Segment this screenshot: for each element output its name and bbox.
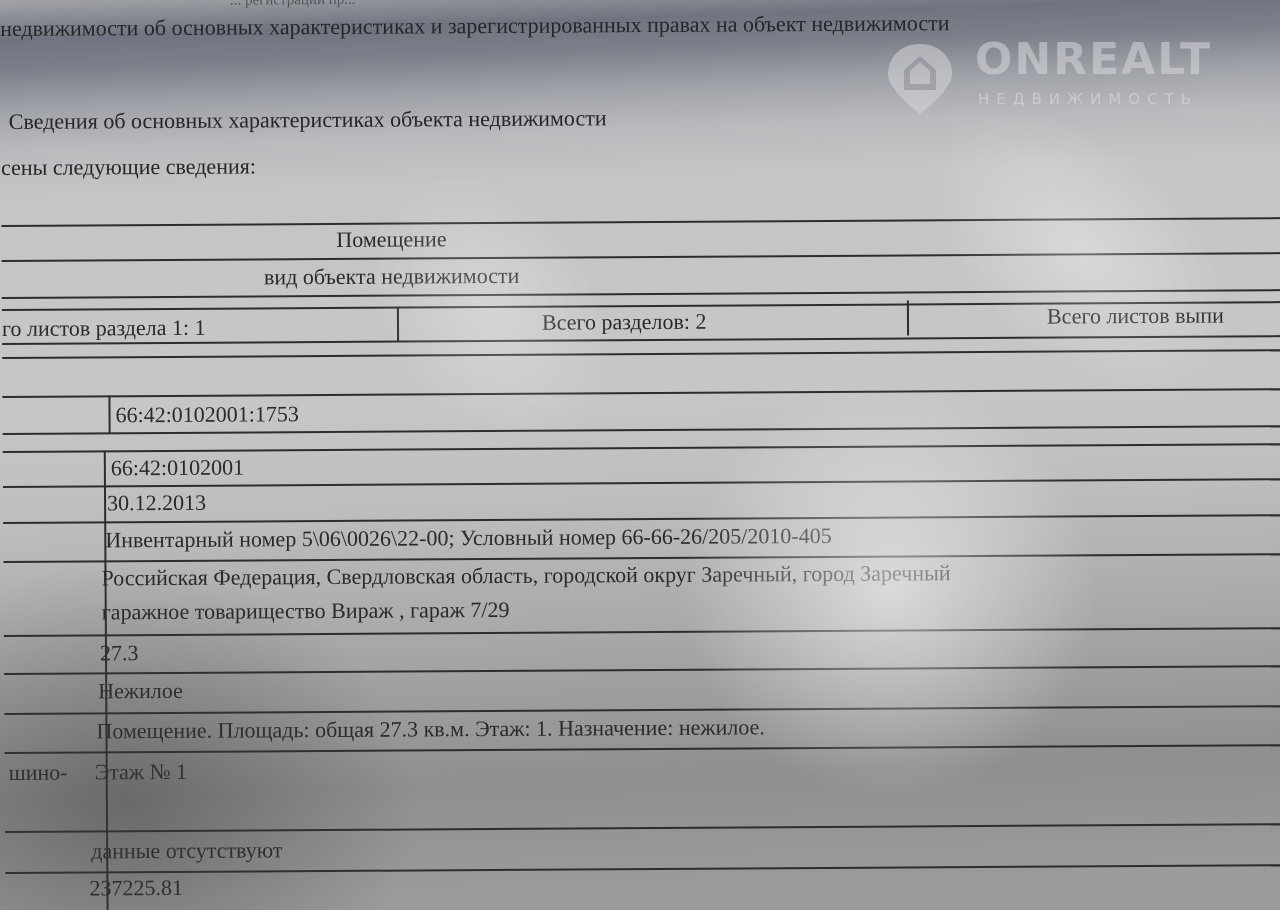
object-type-value: Помещение (1, 224, 781, 255)
table-divider (108, 395, 110, 433)
field-value: данные отсутствуют (91, 837, 282, 864)
section-title: Сведения об основных характеристиках объ… (9, 105, 607, 135)
table-rule (4, 627, 1280, 637)
table-rule (4, 665, 1280, 675)
extract-document: ... регистрации пр... недвижимости об ос… (0, 0, 1280, 910)
table-rule (5, 744, 1280, 754)
field-value: 66:42:0102001:1753 (115, 401, 298, 428)
table-rule (2, 388, 1280, 398)
field-value-line2: гаражное товарищество Вираж , гараж 7/29 (102, 597, 510, 625)
field-value: Российская Федерация, Свердловская облас… (101, 560, 950, 591)
table-rule (5, 864, 1280, 874)
top-cut-text: ... регистрации пр... (230, 0, 356, 10)
field-value: 27.3 (100, 640, 139, 666)
field-value: 66:42:0102001 (111, 455, 244, 482)
table-rule (5, 823, 1280, 833)
field-value: Этаж № 1 (95, 759, 188, 786)
sheets-in-section: го листов раздела 1: 1 (2, 315, 206, 342)
field-value: 30.12.2013 (107, 490, 206, 517)
table-rule (4, 705, 1280, 715)
table-divider (397, 307, 399, 342)
table-divider (907, 300, 909, 335)
table-rule (3, 443, 1280, 453)
field-label: шино- (9, 760, 68, 786)
document-header-title: недвижимости об основных характеристиках… (0, 10, 949, 42)
field-value: Помещение. Площадь: общая 27.3 кв.м. Эта… (96, 714, 765, 744)
table-rule (2, 349, 1280, 359)
field-value: Нежилое (98, 678, 183, 705)
field-value: Инвентарный номер 5\06\0026\22-00; Услов… (105, 523, 832, 553)
total-sheets: Всего листов выпи (1047, 303, 1224, 330)
object-type-label: вид объекта недвижимости (2, 261, 782, 292)
total-sections: Всего разделов: 2 (542, 309, 707, 336)
field-value: 237225.81 (89, 875, 183, 902)
intro-text: сены следующие сведения: (1, 153, 256, 181)
